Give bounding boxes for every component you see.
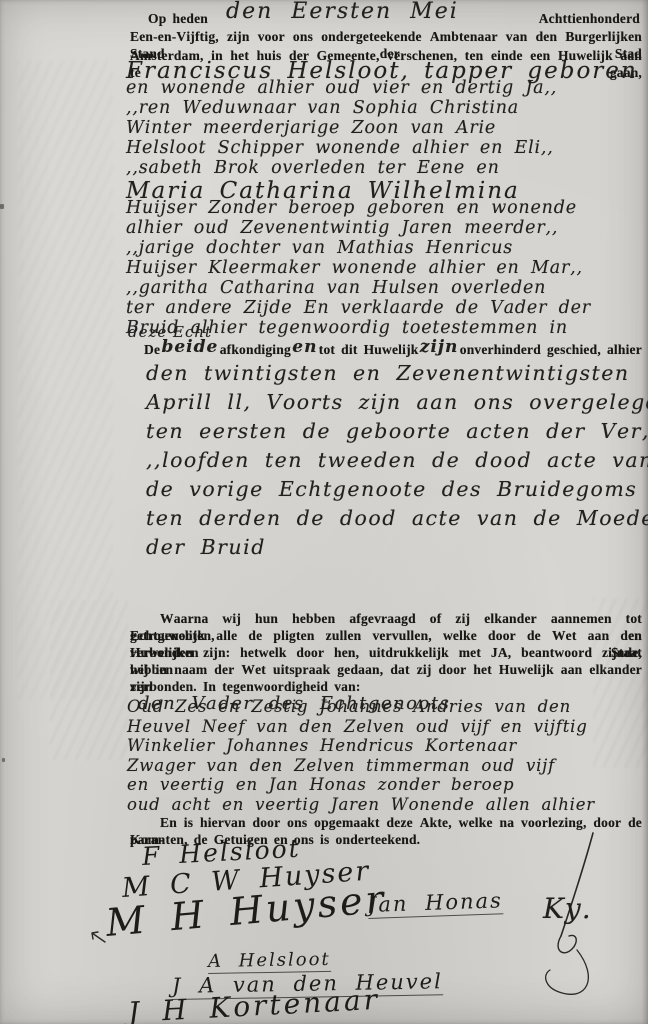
banns-handwritten-beide: beide [161, 339, 218, 356]
handwritten-line: ,,loofden ten tweeden de dood acte van [146, 448, 644, 477]
signature-jan-honas: Jan Honas [368, 888, 504, 919]
banns-printed-afkondiging: afkondiging [220, 341, 291, 358]
banns-printed-huwelijk: tot dit Huwelijk [319, 341, 419, 358]
pen-stroke-mark [90, 930, 108, 944]
banns-handwritten-zijn: zijn [420, 339, 459, 356]
printed-op-heden: Op heden [148, 10, 208, 27]
printed-year-word: Achttienhonderd [539, 10, 640, 27]
paraph-signature: Ky. [515, 830, 625, 1010]
handwritten-line: der Bruid [146, 535, 644, 564]
banns-dates-handwritten-block: den twintigsten en Zevenentwintigsten Ap… [146, 361, 644, 564]
banns-handwritten-en: en [292, 339, 317, 356]
signature-a-helsloot: A Helsloot [208, 949, 331, 974]
handwritten-line: Winkelier Johannes Hendricus Kortenaar [127, 736, 646, 756]
parties-handwritten-block: Franciscus Helsloot, tapper geboren en w… [126, 58, 646, 338]
banns-line: De beide afkondiging en tot dit Huwelijk… [144, 341, 642, 358]
handwritten-line: Franciscus Helsloot, tapper geboren [126, 58, 646, 78]
handwritten-line: de vorige Echtgenoote des Bruidegoms [146, 477, 644, 506]
handwritten-line: Maria Catharina Wilhelmina [126, 178, 646, 198]
witnesses-handwritten-block: Oud Zes en Zestig Johannes Andries van d… [127, 697, 646, 814]
handwritten-line: ter andere Zijde En verklaarde de Vader … [126, 298, 646, 318]
handwritten-line: ,,ren Weduwnaar van Sophia Christina [126, 98, 646, 118]
handwritten-line: Heuvel Neef van den Zelven oud vijf en v… [127, 717, 646, 737]
opening-line: Op heden den Eersten Mei Achttienhonderd [130, 6, 642, 30]
scan-speck [0, 204, 4, 209]
scan-speck [2, 758, 5, 762]
paraph-initials: Ky. [543, 892, 592, 925]
handwritten-date: den Eersten Mei [226, 3, 459, 20]
handwritten-line: ,,sabeth Brok overleden ter Eene en [126, 158, 646, 178]
handwritten-line: ten derden de dood acte van de Moeder [146, 506, 644, 535]
banns-printed-geschied: onverhinderd geschied, alhier [460, 341, 642, 358]
handwritten-line: Huijser Kleermaker wonende alhier en Mar… [126, 258, 646, 278]
handwritten-line: alhier oud Zevenentwintig Jaren meerder,… [126, 218, 646, 238]
handwritten-line: Winter meerderjarige Zoon van Arie [126, 118, 646, 138]
handwritten-line: ten eersten de geboorte acten der Ver,, [146, 419, 644, 448]
handwritten-line: Huijser Zonder beroep geboren en wonende [126, 198, 646, 218]
vows-printed-part: verbonden. In tegenwoordigheid van: [130, 679, 361, 694]
handwritten-line: den twintigsten en Zevenentwintigsten [146, 361, 644, 390]
handwritten-line: ,,jarige dochter van Mathias Henricus [126, 238, 646, 258]
signature-j-h-kortenaar: J H Kortenaar [127, 983, 381, 1024]
banns-printed-de: De [144, 341, 160, 358]
handwritten-line: en veertig en Jan Honas zonder beroep [127, 775, 646, 795]
marriage-record-page: Op heden den Eersten Mei Achttienhonderd… [0, 0, 648, 1024]
handwritten-line: Oud Zes en Zestig Johannes Andries van d… [127, 697, 646, 717]
handwritten-line: Helsloot Schipper wonende alhier en Eli,… [126, 138, 646, 158]
handwritten-line: ,,garitha Catharina van Hulsen overleden [126, 278, 646, 298]
handwritten-line: Zwager van den Zelven timmerman oud vijf [127, 756, 646, 776]
handwritten-line: Aprill ll, Voorts zijn aan ons overgeleg… [146, 390, 644, 419]
bleed-through-left-patch [50, 600, 128, 760]
handwritten-line: oud acht en veertig Jaren Wonende allen … [127, 795, 646, 815]
